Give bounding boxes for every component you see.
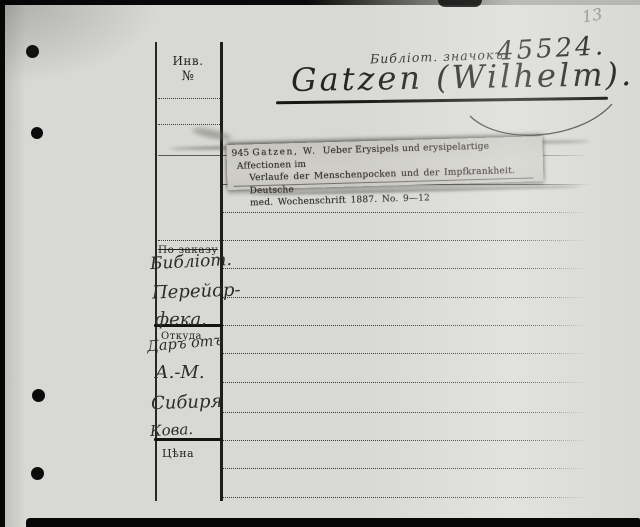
- origin-note-line: Кова.: [150, 420, 194, 440]
- scan-edge-top: [0, 0, 640, 5]
- library-note-line: фека.: [155, 309, 207, 330]
- slip-ref-number: 945: [231, 148, 249, 158]
- scan-edge-left: [0, 0, 5, 527]
- ruled-line: [222, 212, 590, 213]
- library-note-line: Перейор-: [152, 279, 241, 303]
- inventory-header: Инв. №: [155, 54, 221, 84]
- ruled-line: [222, 468, 590, 469]
- page-number: 13: [581, 4, 604, 26]
- punch-hole: [31, 467, 44, 480]
- ruled-line: [222, 497, 590, 498]
- ruled-line: [222, 297, 590, 298]
- scan-edge-bottom: [26, 518, 640, 527]
- ruled-line: [222, 382, 590, 383]
- scanned-catalog-card: Инв. № Библіот. значокъ. 45524. Gatzen (…: [0, 0, 640, 527]
- title-entry: Gatzen (Wilhelm).: [291, 55, 635, 99]
- ink-smudge: [192, 126, 233, 142]
- slip-author: Gatzen, W.: [252, 146, 317, 158]
- pasted-slip: 945Gatzen, W. Ueber Erysipels und erysip…: [226, 136, 543, 190]
- column-rule: [158, 124, 220, 125]
- punch-hole: [26, 45, 39, 58]
- origin-note-line: А.-М.: [155, 362, 205, 383]
- origin-note-line: Сибиря: [151, 391, 223, 414]
- column-right-border: [220, 42, 223, 501]
- punch-hole: [32, 389, 45, 402]
- inventory-header-line2: №: [155, 69, 221, 84]
- price-label: Цѣна: [162, 447, 194, 460]
- scan-edge-artifact: [438, 0, 482, 7]
- ruled-line: [222, 353, 590, 354]
- library-note-line: Библіот.: [150, 250, 233, 274]
- origin-note-line: Даръ отъ: [146, 333, 223, 356]
- inventory-header-line1: Инв.: [155, 54, 221, 68]
- ruled-line: [222, 412, 590, 413]
- ruled-line: [222, 325, 590, 326]
- ruled-line: [222, 440, 590, 441]
- column-rule: [158, 98, 220, 99]
- punch-hole: [31, 127, 43, 139]
- ruled-line: [222, 268, 590, 269]
